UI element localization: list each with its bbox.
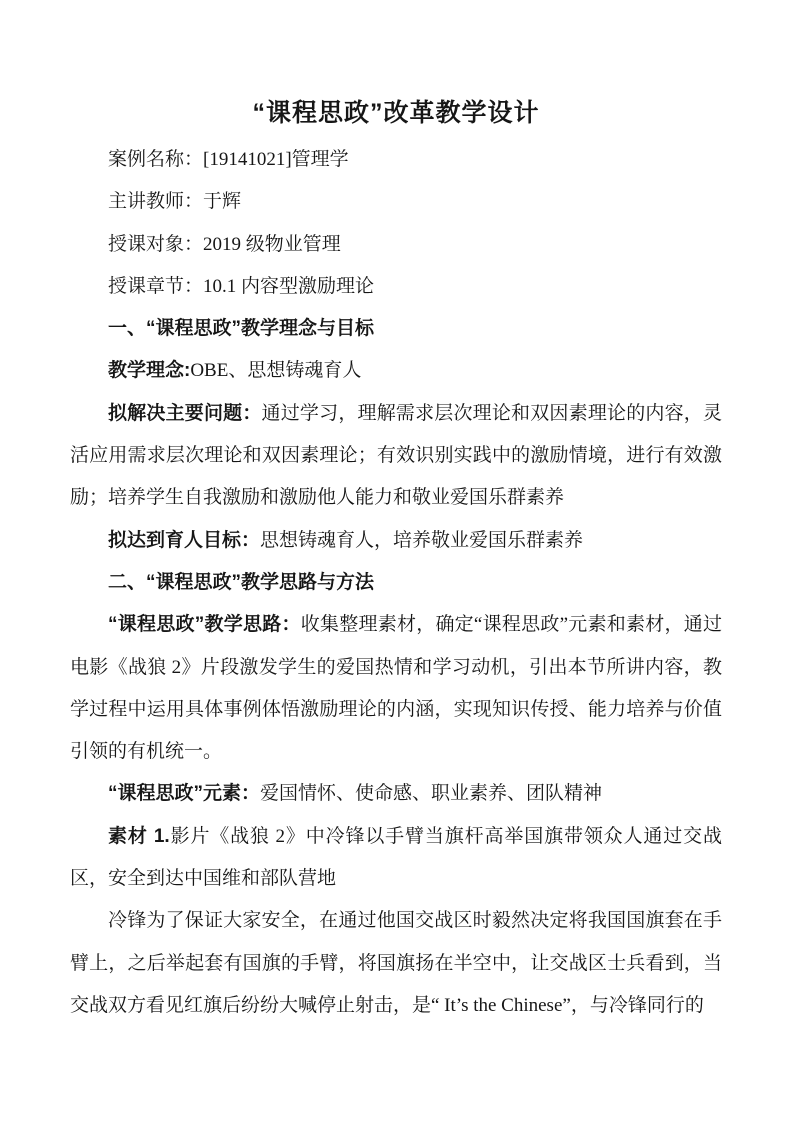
paragraph-text: 冷锋为了保证大家安全，在通过他国交战区时毅然决定将我国国旗套在手臂上，之后举起套… xyxy=(70,910,722,1016)
paragraph-teaching-concept: 教学理念:OBE、思想铸魂育人 xyxy=(70,350,722,392)
meta-line-chapter: 授课章节：10.1 内容型激励理论 xyxy=(70,266,722,308)
paragraph-label: 素材 1. xyxy=(108,826,170,847)
paragraph-ideology-elements: “课程思政”元素：爱国情怀、使命感、职业素养、团队精神 xyxy=(70,773,722,815)
meta-line-audience: 授课对象：2019 级物业管理 xyxy=(70,224,722,266)
paragraph-material-1-detail: 冷锋为了保证大家安全，在通过他国交战区时毅然决定将我国国旗套在手臂上，之后举起套… xyxy=(70,900,722,1027)
paragraph-text: OBE、思想铸魂育人 xyxy=(190,360,361,381)
paragraph-material-1: 素材 1.影片《战狼 2》中冷锋以手臂当旗杆高举国旗带领众人通过交战区，安全到达… xyxy=(70,816,722,901)
paragraph-label: 拟解决主要问题： xyxy=(108,403,262,424)
meta-text: 授课对象：2019 级物业管理 xyxy=(108,234,341,255)
paragraph-main-problems: 拟解决主要问题：通过学习，理解需求层次理论和双因素理论的内容，灵活应用需求层次理… xyxy=(70,393,722,520)
paragraph-label: 拟达到育人目标： xyxy=(108,530,260,551)
meta-text: 主讲教师：于辉 xyxy=(108,191,241,212)
paragraph-text: 收集整理素材，确定“课程思政”元素和素材，通过电影《战狼 2》片段激发学生的爱国… xyxy=(70,614,722,762)
section-heading-1: 一、“课程思政”教学理念与目标 xyxy=(70,308,722,350)
paragraph-teaching-approach: “课程思政”教学思路：收集整理素材，确定“课程思政”元素和素材，通过电影《战狼 … xyxy=(70,604,722,773)
document-title: “课程思政”改革教学设计 xyxy=(70,95,722,131)
section-heading-2: 二、“课程思政”教学思路与方法 xyxy=(70,562,722,604)
document-page: “课程思政”改革教学设计 案例名称：[19141021]管理学 主讲教师：于辉 … xyxy=(0,0,794,1123)
heading-text: 一、“课程思政”教学理念与目标 xyxy=(108,318,374,339)
meta-line-case-name: 案例名称：[19141021]管理学 xyxy=(70,139,722,181)
paragraph-text: 思想铸魂育人，培养敬业爱国乐群素养 xyxy=(260,530,583,551)
heading-text: 二、“课程思政”教学思路与方法 xyxy=(108,572,374,593)
meta-line-lecturer: 主讲教师：于辉 xyxy=(70,181,722,223)
paragraph-label: “课程思政”教学思路： xyxy=(108,614,301,635)
paragraph-label: “课程思政”元素： xyxy=(108,783,260,804)
paragraph-label: 教学理念: xyxy=(108,360,190,381)
meta-text: 授课章节：10.1 内容型激励理论 xyxy=(108,276,374,297)
document-body: 案例名称：[19141021]管理学 主讲教师：于辉 授课对象：2019 级物业… xyxy=(70,139,722,1027)
paragraph-text: 爱国情怀、使命感、职业素养、团队精神 xyxy=(260,783,602,804)
meta-text: 案例名称：[19141021]管理学 xyxy=(108,149,349,170)
paragraph-education-goal: 拟达到育人目标：思想铸魂育人，培养敬业爱国乐群素养 xyxy=(70,520,722,562)
